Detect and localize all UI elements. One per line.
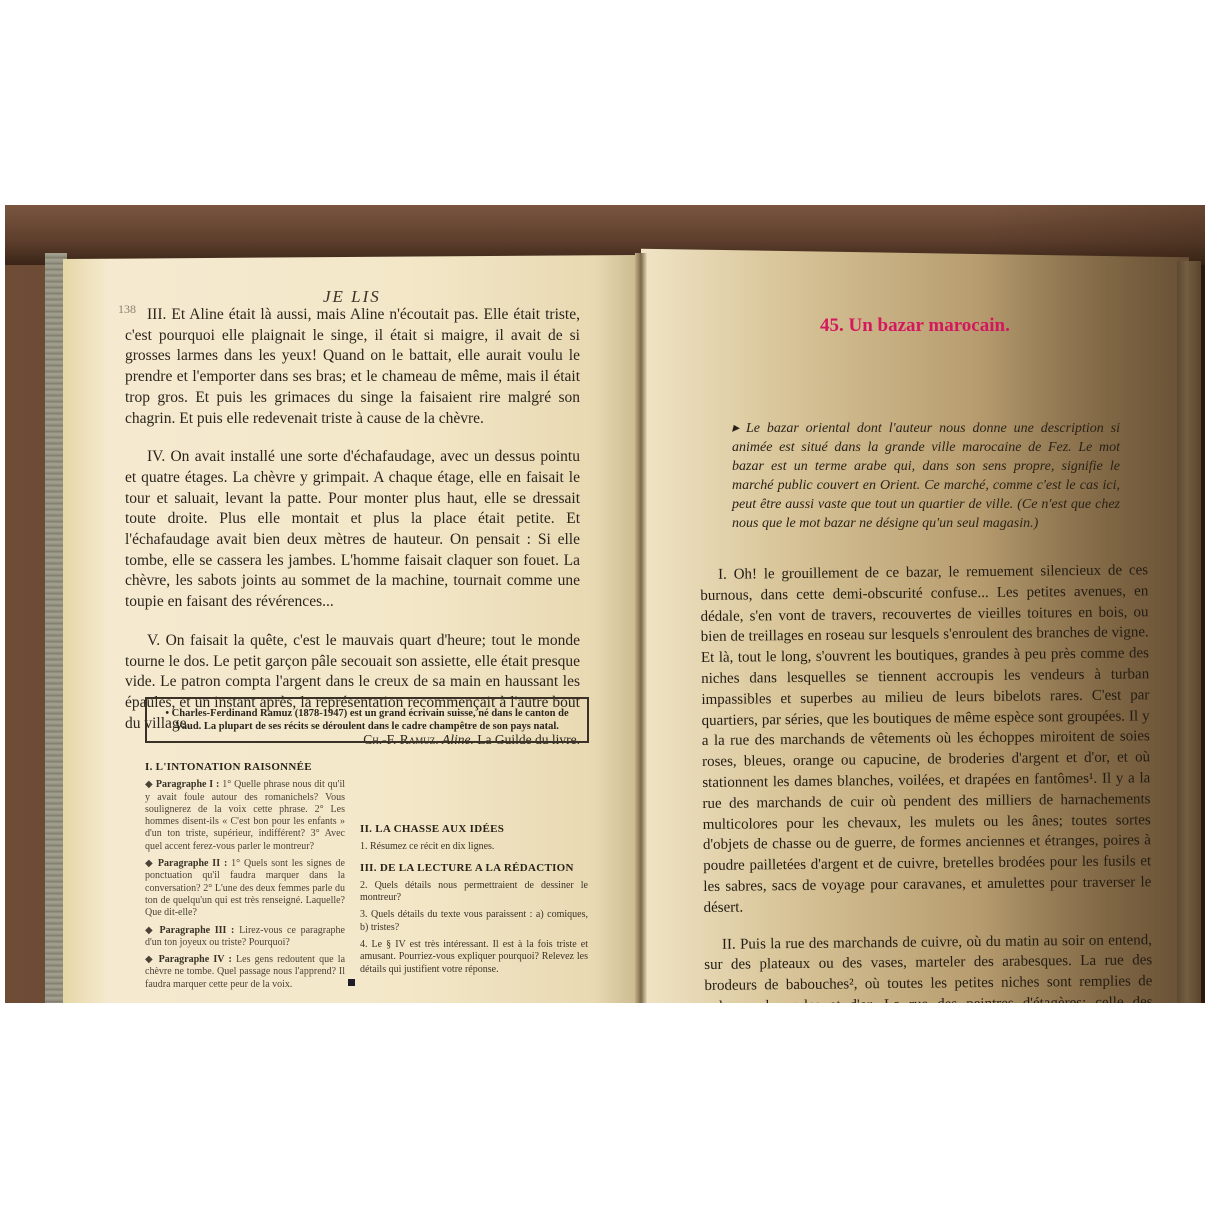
section-heading: I. L'INTONATION RAISONNÉE (145, 761, 345, 773)
exercise-item: ◆ Paragraphe I : 1° Quelle phrase nous d… (145, 779, 345, 853)
paragraph-iv: IV. On avait installé une sorte d'échafa… (125, 447, 580, 613)
running-head: JE LIS (323, 287, 381, 307)
exercise-item: 3. Quels détails du texte vous paraissen… (360, 909, 588, 934)
exercise-item: ◆ Paragraphe III : Lirez-vous ce paragra… (145, 925, 345, 950)
section-heading: II. LA CHASSE AUX IDÉES (360, 823, 588, 835)
end-mark-square (348, 979, 355, 986)
left-page-text: III. Et Aline était là aussi, mais Aline… (125, 305, 580, 748)
book-page-edges (1177, 261, 1201, 1003)
paragraph-i: I. Oh! le grouillement de ce bazar, le r… (700, 560, 1152, 918)
paragraph-iii: III. Et Aline était là aussi, mais Aline… (125, 305, 580, 429)
author-bio-box: • Charles-Ferdinand Ramuz (1878-1947) es… (145, 697, 589, 743)
exercise-item: 2. Quels détails nous permettraient de d… (360, 880, 588, 905)
exercise-item: 1. Résumez ce récit en dix lignes. (360, 841, 588, 853)
section-heading: III. DE LA LECTURE A LA RÉDACTION (360, 862, 588, 874)
exercise-item: ◆ Paragraphe II : 1° Quels sont les sign… (145, 858, 345, 919)
paragraph-ii: II. Puis la rue des marchands de cuivre,… (704, 930, 1153, 1003)
right-page-text: I. Oh! le grouillement de ce bazar, le r… (700, 560, 1154, 1003)
exercises-column-1: I. L'INTONATION RAISONNÉE ◆ Paragraphe I… (145, 753, 345, 996)
exercises-column-2: II. LA CHASSE AUX IDÉES 1. Résumez ce ré… (360, 815, 588, 981)
book-gutter (635, 253, 647, 1003)
exercise-item: ◆ Paragraphe IV : Les gens redoutent que… (145, 954, 345, 991)
chapter-title: 45. Un bazar marocain. (820, 315, 1010, 337)
book-photo: JE LIS 138 III. Et Aline était là aussi,… (5, 205, 1205, 1003)
exercise-item: 4. Le § IV est très intéressant. Il est … (360, 939, 588, 976)
chapter-intro: ▸ Le bazar oriental dont l'auteur nous d… (732, 419, 1120, 533)
